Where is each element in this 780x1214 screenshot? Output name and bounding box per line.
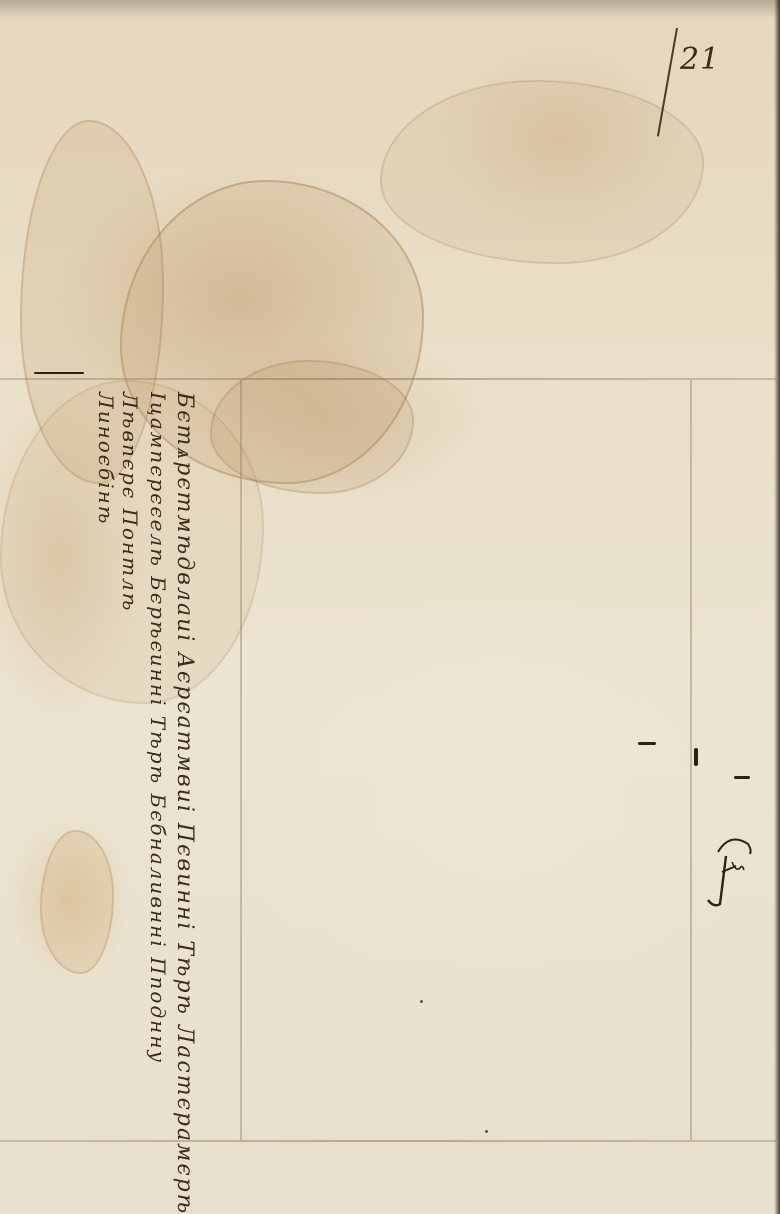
address-line-1: Бєтѧрєтмѣдвлаиі Аєрєатмвиі Пєвинні Тѣрѣ … [172, 392, 198, 1214]
ink-speck [485, 1130, 488, 1133]
scan-edge-top [0, 0, 780, 18]
fold-line-vertical [240, 380, 242, 1140]
ink-mark [694, 748, 698, 766]
manuscript-page: 21 Бєтѧрєтмѣдвлаиі Аєрєатмвиі Пєвинні Тѣ… [0, 0, 780, 1214]
ink-speck [420, 1000, 423, 1003]
address-line-3: Лѣвпєрє Понтлѣ [118, 392, 142, 612]
address-line-4: Линоєбінѣ [94, 392, 118, 525]
scan-edge-right [774, 0, 780, 1214]
folio-number: 21 [680, 42, 720, 77]
ink-mark [734, 776, 750, 779]
address-line-2: Іцампєрєєелѣ Бєрѣєинні Тѣрѣ Бєбналивнні … [146, 392, 170, 1064]
fold-line-vertical [690, 380, 692, 1140]
water-stain [380, 80, 704, 264]
fold-line-horizontal [0, 1140, 780, 1142]
ink-mark [638, 742, 656, 745]
ink-mark [34, 372, 84, 374]
fold-line-horizontal [0, 378, 780, 380]
water-stain [40, 830, 114, 974]
signature-rubric-icon [700, 822, 760, 912]
